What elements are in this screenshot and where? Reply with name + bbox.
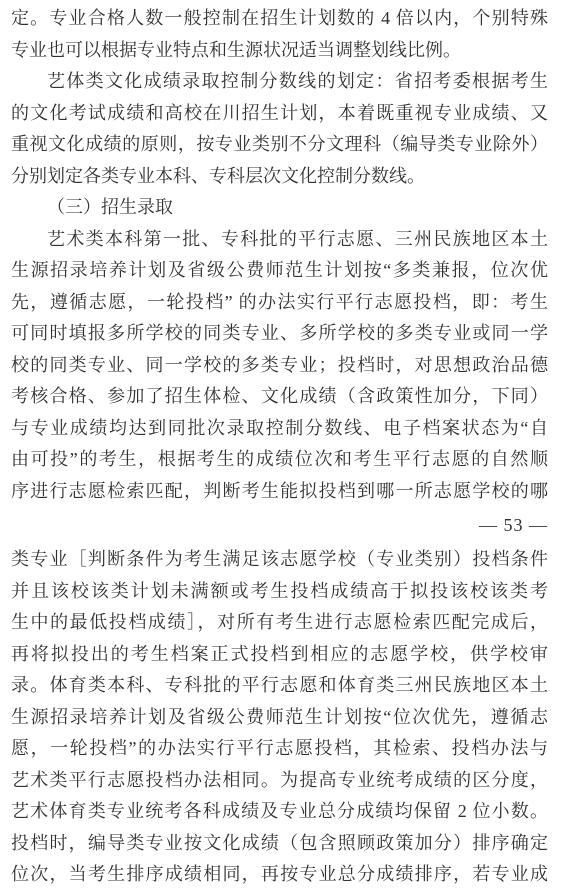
text-line: 录。体育类本科、专科批的平行志愿和体育类三州民族地区本土 [11,670,548,702]
text-line: 定。专业合格人数一般控制在招生计划数的 4 倍以内，个别特殊 [11,3,548,35]
text-line: 生源招录培养计划及省级公费师范生计划按“多类兼报，位次优 [11,255,548,287]
text-line: 艺术类平行志愿投档办法相同。为提高专业统考成绩的区分度， [11,765,548,797]
text-line: 由可投”的考生，根据考生的成绩位次和考生平行志愿的自然顺 [11,444,548,476]
text-line: 艺术类本科第一批、专科批的平行志愿、三州民族地区本土 [11,224,548,256]
text-line: 艺术体育类专业统考各科成绩及专业总分成绩均保留 2 位小数。 [11,796,548,828]
text-line: 先，遵循志愿，一轮投档” 的办法实行平行志愿投档，即：考生 [11,287,548,319]
text-line: 分别划定各类专业本科、专科层次文化控制分数线。 [11,161,548,193]
document-page: 定。专业合格人数一般控制在招生计划数的 4 倍以内，个别特殊 专业也可以根据专业… [0,0,562,888]
text-line: 重视文化成绩的原则，按专业类别不分文理科（编导类专业除外） [11,129,548,161]
section-heading: （三）招生录取 [11,192,548,224]
text-line: 可同时填报多所学校的同类专业、多所学校的多类专业或同一学 [11,318,548,350]
text-line: 位次，当考生排序成绩相同，再按专业总分成绩排序，若专业成 [11,859,548,888]
text-line: 的文化考试成绩和高校在川招生计划，本着既重视专业成绩、又 [11,98,548,130]
text-line: 序进行志愿检索匹配，判断考生能拟投档到哪一所志愿学校的哪 [11,476,548,508]
text-line: 校的同类专业、同一学校的多类专业；投档时，对思想政治品德 [11,350,548,382]
text-line: 艺体类文化成绩录取控制分数线的划定：省招考委根据考生 [11,66,548,98]
text-line: 生中的最低投档成绩］，对所有考生进行志愿检索匹配完成后， [11,607,548,639]
text-line: 类专业［判断条件为考生满足该志愿学校（专业类别）投档条件 [11,544,548,576]
page-number: — 53 — [11,507,548,544]
text-line: 生源招录培养计划及省级公费师范生计划按“位次优先，遵循志 [11,702,548,734]
text-line: 专业也可以根据专业特点和生源状况适当调整划线比例。 [11,35,548,67]
text-line: 再将拟投出的考生档案正式投档到相应的志愿学校，供学校审 [11,639,548,671]
text-line: 投档时，编导类专业按文化成绩（包含照顾政策加分）排序确定 [11,828,548,860]
text-line: 考核合格、参加了招生体检、文化成绩（含政策性加分，下同） [11,381,548,413]
text-line: 愿，一轮投档”的办法实行平行志愿投档，其检索、投档办法与 [11,733,548,765]
text-line: 并且该校该类计划未满额或考生投档成绩高于拟投该校该类考 [11,576,548,608]
text-line: 与专业成绩均达到同批次录取控制分数线、电子档案状态为“自 [11,413,548,445]
